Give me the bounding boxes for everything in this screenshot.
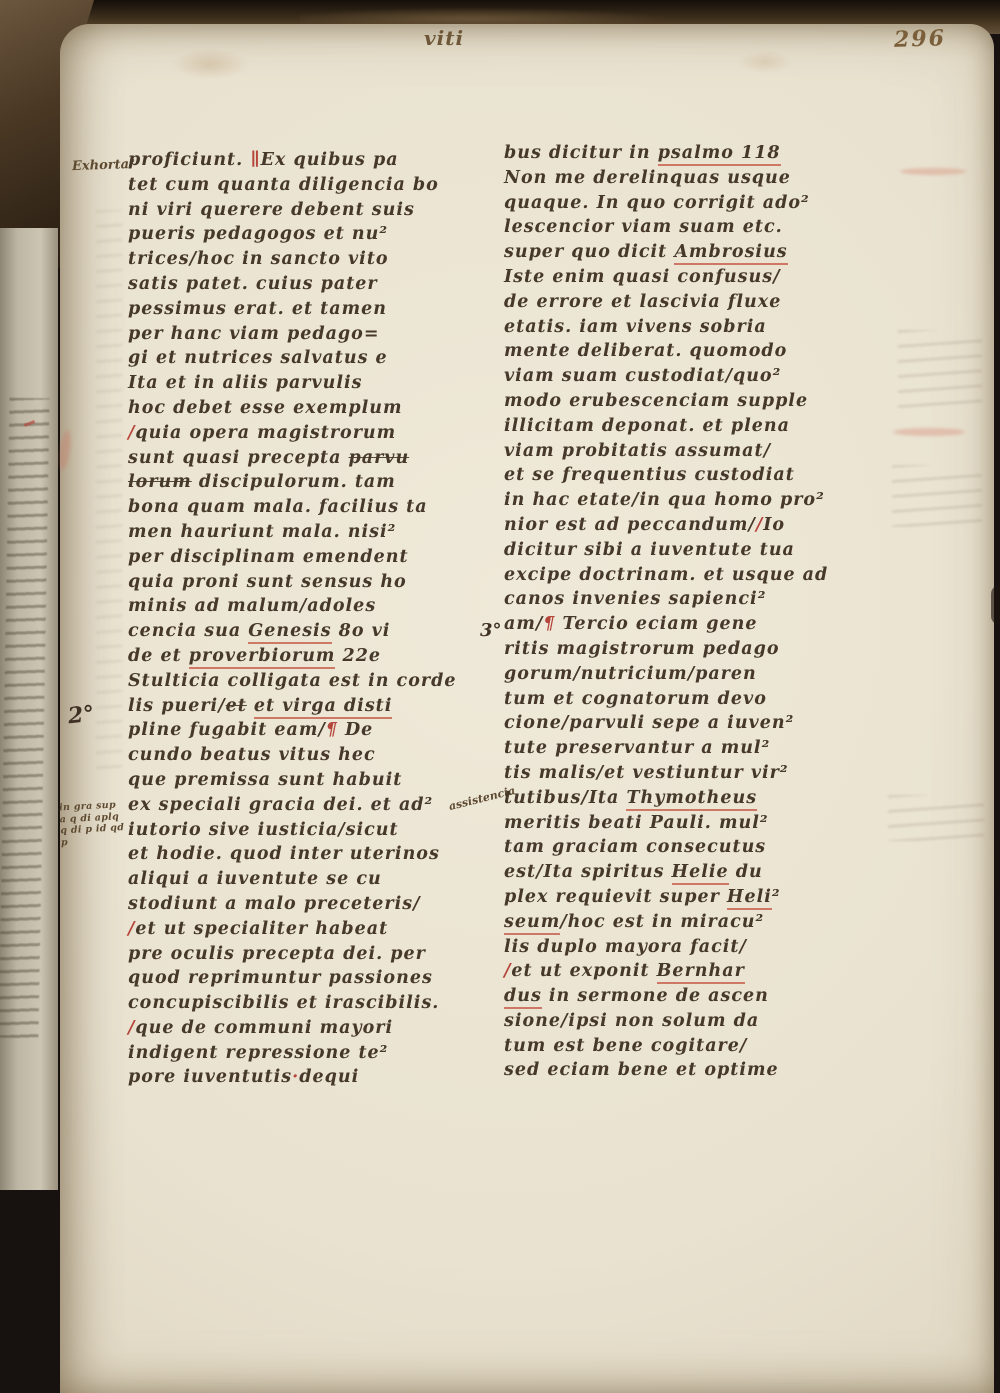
- manuscript-line: bona quam mala. facilius ta: [128, 497, 484, 522]
- rubric-mark: ¶: [326, 720, 338, 740]
- running-header: viti: [424, 26, 464, 50]
- manuscript-line: meritis beati Pauli. mul²: [504, 813, 892, 838]
- ink-bleedthrough: [96, 210, 122, 770]
- text-segment: est/Ita spiritus: [504, 862, 672, 882]
- ink-bleedthrough: [898, 330, 982, 412]
- manuscript-line: trices/hoc in sancto vito: [128, 249, 484, 274]
- text-segment: super quo dicit: [504, 242, 674, 262]
- manuscript-line: Stulticia colligata est in corde: [128, 671, 484, 696]
- ink-bleedthrough: [892, 465, 982, 527]
- manuscript-line: Ita et in aliis parvulis: [128, 373, 484, 398]
- manuscript-line: de et proverbiorum 22e: [128, 646, 484, 671]
- manuscript-line: men hauriunt mala. nisi²: [128, 522, 484, 547]
- manuscript-line: tam graciam consecutus: [504, 837, 892, 862]
- manuscript-line: cencia sua Genesis 8o vi: [128, 621, 484, 646]
- text-segment: du: [729, 862, 763, 882]
- manuscript-line: sunt quasi precepta parvu: [128, 448, 484, 473]
- manuscript-line: est/Ita spiritus Helie du: [504, 862, 892, 887]
- manuscript-line: pre oculis precepta dei. per: [128, 944, 484, 969]
- manuscript-line: canos invenies sapienci²: [504, 589, 892, 614]
- folio-number: 296: [894, 25, 947, 53]
- manuscript-line: /et ut exponit Bernhar: [504, 961, 892, 986]
- manuscript-line: bus dicitur in psalmo 118: [504, 143, 892, 168]
- manuscript-line: pline fugabit eam/¶ De: [128, 720, 484, 745]
- page-edge-notch: [991, 585, 1000, 625]
- manuscript-line: seum/hoc est in miracu²: [504, 912, 892, 937]
- rubric-mark: ¶: [543, 614, 555, 634]
- text-segment: Ex quibus pa: [261, 150, 399, 170]
- manuscript-line: gi et nutrices salvatus e: [128, 348, 484, 373]
- margin-note-secundo: 2°: [67, 701, 96, 730]
- manuscript-line: aliqui a iuventute se cu: [128, 869, 484, 894]
- manuscript-line: ex speciali gracia dei. et ad²: [128, 795, 484, 820]
- manuscript-line: modo erubescenciam supple: [504, 391, 892, 416]
- manuscript-line: satis patet. cuius pater: [128, 274, 484, 299]
- text-segment: parvu: [349, 448, 410, 468]
- text-segment: dus: [504, 986, 542, 1009]
- text-segment: Io: [763, 515, 785, 535]
- text-segment: in sermone de ascen: [542, 986, 769, 1006]
- manuscript-line: lorum discipulorum. tam: [128, 472, 484, 497]
- manuscript-line: tet cum quanta diligencia bo: [128, 175, 484, 200]
- manuscript-line: /quia opera magistrorum: [128, 423, 484, 448]
- manuscript-line: tis malis/et vestiuntur vir²: [504, 763, 892, 788]
- manuscript-line: /et ut specialiter habeat: [128, 919, 484, 944]
- manuscript-line: et hodie. quod inter uterinos: [128, 844, 484, 869]
- text-segment: pore iuventutis: [128, 1067, 292, 1087]
- text-segment: De: [338, 720, 373, 740]
- text-segment: cencia sua: [128, 621, 248, 641]
- text-segment: Helie: [672, 862, 729, 885]
- text-segment: plex requievit super: [504, 887, 727, 907]
- text-segment: [247, 696, 254, 716]
- manuscript-line: stodiunt a malo preceteris/: [128, 894, 484, 919]
- manuscript-line: lis duplo mayora facit/: [504, 937, 892, 962]
- manuscript-line: quaque. In quo corrigit ado²: [504, 193, 892, 218]
- manuscript-line: super quo dicit Ambrosius: [504, 242, 892, 267]
- text-segment: lorum: [128, 472, 192, 492]
- text-segment: Thymotheus: [626, 788, 757, 811]
- text-segment: discipulorum. tam: [192, 472, 396, 492]
- text-segment: et virga disti: [254, 696, 392, 719]
- rubric-mark: ∥: [250, 150, 260, 170]
- manuscript-line: plex requievit super Heli²: [504, 887, 892, 912]
- manuscript-line: viam probitatis assumat/: [504, 441, 892, 466]
- manuscript-line: cione/parvuli sepe a iuven²: [504, 713, 892, 738]
- text-segment: proverbiorum: [189, 646, 336, 669]
- manuscript-line: pessimus erat. et tamen: [128, 299, 484, 324]
- text-segment: de et: [128, 646, 189, 666]
- manuscript-line: per disciplinam emendent: [128, 547, 484, 572]
- manuscript-line: quia proni sunt sensus ho: [128, 572, 484, 597]
- manuscript-line: lis pueri/et et virga disti: [128, 696, 484, 721]
- margin-note-exhortacio: Exhorta°: [72, 157, 136, 174]
- manuscript-line: iutorio sive iusticia/sicut: [128, 820, 484, 845]
- text-segment: ²: [772, 887, 781, 907]
- manuscript-line: concupiscibilis et irascibilis.: [128, 993, 484, 1018]
- manuscript-line: lescencior viam suam etc.: [504, 217, 892, 242]
- text-column-left: proficiunt. ∥Ex quibus patet cum quanta …: [128, 150, 484, 1092]
- manuscript-line: /que de communi mayori: [128, 1018, 484, 1043]
- text-segment: et ut specialiter habeat: [135, 919, 388, 939]
- manuscript-line: am/¶ Tercio eciam gene: [504, 614, 892, 639]
- text-segment: psalmo 118: [658, 143, 781, 166]
- text-segment: que de communi mayori: [135, 1018, 393, 1038]
- manuscript-line: illicitam deponat. et plena: [504, 416, 892, 441]
- text-segment: Ambrosius: [674, 242, 787, 265]
- manuscript-line: de errore et lascivia fluxe: [504, 292, 892, 317]
- manuscript-line: dicitur sibi a iuventute tua: [504, 540, 892, 565]
- text-segment: sunt quasi precepta: [128, 448, 349, 468]
- manuscript-line: pore iuventutis·dequi: [128, 1067, 484, 1092]
- text-segment: Heli: [727, 887, 772, 910]
- ink-bleedthrough: [888, 795, 984, 841]
- red-ink-smudge: [900, 168, 966, 175]
- manuscript-line: viam suam custodiat/quo²: [504, 366, 892, 391]
- manuscript-line: etatis. iam vivens sobria: [504, 317, 892, 342]
- text-column-right: bus dicitur in psalmo 118Non me derelinq…: [504, 143, 892, 1085]
- manuscript-line: sione/ipsi non solum da: [504, 1011, 892, 1036]
- manuscript-line: proficiunt. ∥Ex quibus pa: [128, 150, 484, 175]
- manuscript-line: Non me derelinquas usque: [504, 168, 892, 193]
- manuscript-line: excipe doctrinam. et usque ad: [504, 565, 892, 590]
- text-segment: Bernhar: [657, 961, 745, 984]
- manuscript-line: hoc debet esse exemplum: [128, 398, 484, 423]
- text-segment: 22e: [335, 646, 381, 666]
- text-segment: tutibus/Ita: [504, 788, 626, 808]
- manuscript-line: dus in sermone de ascen: [504, 986, 892, 1011]
- manuscript-line: quod reprimuntur passiones: [128, 968, 484, 993]
- manuscript-line: et se frequentius custodiat: [504, 465, 892, 490]
- manuscript-line: Iste enim quasi confusus/: [504, 267, 892, 292]
- manuscript-line: mente deliberat. quomodo: [504, 341, 892, 366]
- manuscript-line: tutibus/Ita Thymotheus: [504, 788, 892, 813]
- manuscript-line: cundo beatus vitus hec: [128, 745, 484, 770]
- text-segment: am/: [504, 614, 543, 634]
- underlying-page-edge: [0, 228, 58, 1190]
- text-segment: lis pueri/: [128, 696, 226, 716]
- text-segment: Genesis: [248, 621, 331, 644]
- text-segment: /hoc est in miracu²: [560, 912, 764, 932]
- text-segment: bus dicitur in: [504, 143, 658, 163]
- manuscript-line: que premissa sunt habuit: [128, 770, 484, 795]
- red-ink-smudge: [893, 428, 965, 436]
- text-segment: dequi: [299, 1067, 359, 1087]
- text-segment: et ut exponit: [511, 961, 656, 981]
- manuscript-line: nior est ad peccandum//Io: [504, 515, 892, 540]
- manuscript-line: indigent repressione te²: [128, 1043, 484, 1068]
- manuscript-line: per hanc viam pedago=: [128, 324, 484, 349]
- manuscript-line: minis ad malum/adoles: [128, 596, 484, 621]
- text-segment: et: [226, 696, 247, 716]
- text-segment: 8o vi: [332, 621, 391, 641]
- manuscript-line: ni viri querere debent suis: [128, 200, 484, 225]
- text-segment: quia opera magistrorum: [135, 423, 396, 443]
- text-segment: nior est ad peccandum/: [504, 515, 756, 535]
- text-segment: proficiunt.: [128, 150, 250, 170]
- manuscript-line: tum et cognatorum devo: [504, 689, 892, 714]
- manuscript-line: tum est bene cogitare/: [504, 1036, 892, 1061]
- manuscript-line: pueris pedagogos et nu²: [128, 224, 484, 249]
- manuscript-line: gorum/nutricium/paren: [504, 664, 892, 689]
- text-segment: Tercio eciam gene: [555, 614, 757, 634]
- manuscript-line: tute preservantur a mul²: [504, 738, 892, 763]
- text-segment: seum: [504, 912, 560, 935]
- manuscript-line: sed eciam bene et optime: [504, 1060, 892, 1085]
- manuscript-line: in hac etate/in qua homo pro²: [504, 490, 892, 515]
- manuscript-line: ritis magistrorum pedago: [504, 639, 892, 664]
- text-segment: pline fugabit eam/: [128, 720, 326, 740]
